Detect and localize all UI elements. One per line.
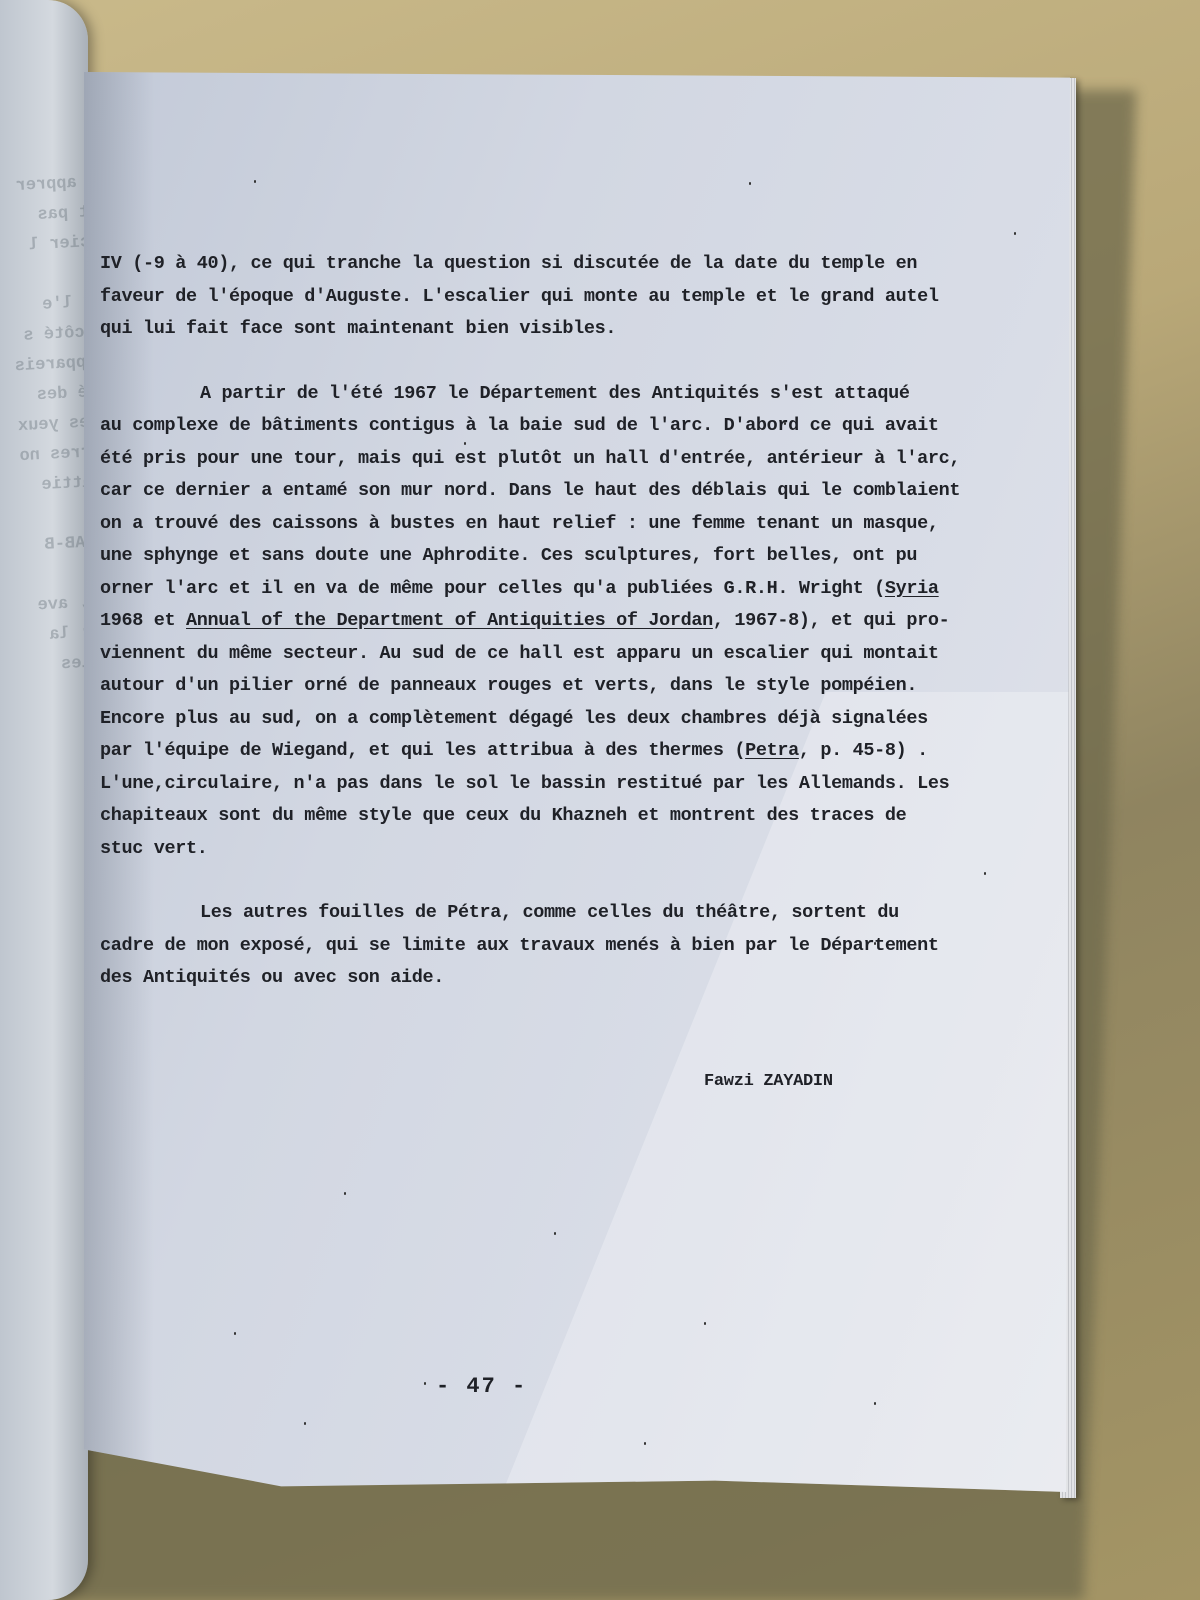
citation-syria: Syria bbox=[885, 578, 939, 599]
text-line: par l'équipe de Wiegand, et qui les attr… bbox=[100, 735, 1000, 768]
page-number: - 47 - bbox=[436, 1374, 527, 1399]
text-line: autour d'un pilier orné de panneaux roug… bbox=[100, 670, 1000, 703]
text-line: viennent du même secteur. Au sud de ce h… bbox=[100, 638, 1000, 671]
left-facing-page: ne apprer ent pas ancier l Sur l'e le cô… bbox=[0, 0, 88, 1600]
text-line: orner l'arc et il en va de même pour cel… bbox=[100, 573, 1000, 606]
text-line: faveur de l'époque d'Auguste. L'escalier… bbox=[100, 281, 1000, 314]
text-line: 1968 et Annual of the Department of Anti… bbox=[100, 605, 1000, 638]
text-line: chapiteaux sont du même style que ceux d… bbox=[100, 800, 1000, 833]
author-signature: Fawzi ZAYADIN bbox=[704, 1072, 833, 1091]
text-line: stuc vert. bbox=[100, 833, 1000, 866]
text-line: Les autres fouilles de Pétra, comme cell… bbox=[100, 897, 1000, 930]
document-page: IV (-9 à 40), ce qui tranche la question… bbox=[84, 72, 1070, 1492]
body-text: IV (-9 à 40), ce qui tranche la question… bbox=[100, 248, 1000, 995]
citation-annual: Annual of the Department of Antiquities … bbox=[186, 610, 713, 631]
text-line: été pris pour une tour, mais qui est plu… bbox=[100, 443, 1000, 476]
text-line: au complexe de bâtiments contigus à la b… bbox=[100, 410, 1000, 443]
text-line: A partir de l'été 1967 le Département de… bbox=[100, 378, 1000, 411]
text-line: une sphynge et sans doute une Aphrodite.… bbox=[100, 540, 1000, 573]
text-line: car ce dernier a entamé son mur nord. Da… bbox=[100, 475, 1000, 508]
show-through-text: ne apprer ent pas ancier l Sur l'e le cô… bbox=[0, 167, 88, 683]
text-line: des Antiquités ou avec son aide. bbox=[100, 962, 1000, 995]
text-line: Encore plus au sud, on a complètement dé… bbox=[100, 703, 1000, 736]
text-line: L'une,circulaire, n'a pas dans le sol le… bbox=[100, 768, 1000, 801]
text-line: qui lui fait face sont maintenant bien v… bbox=[100, 313, 1000, 346]
text-line: cadre de mon exposé, qui se limite aux t… bbox=[100, 930, 1000, 963]
text-line: on a trouvé des caissons à bustes en hau… bbox=[100, 508, 1000, 541]
citation-petra: Petra bbox=[745, 740, 799, 761]
text-line: IV (-9 à 40), ce qui tranche la question… bbox=[100, 248, 1000, 281]
